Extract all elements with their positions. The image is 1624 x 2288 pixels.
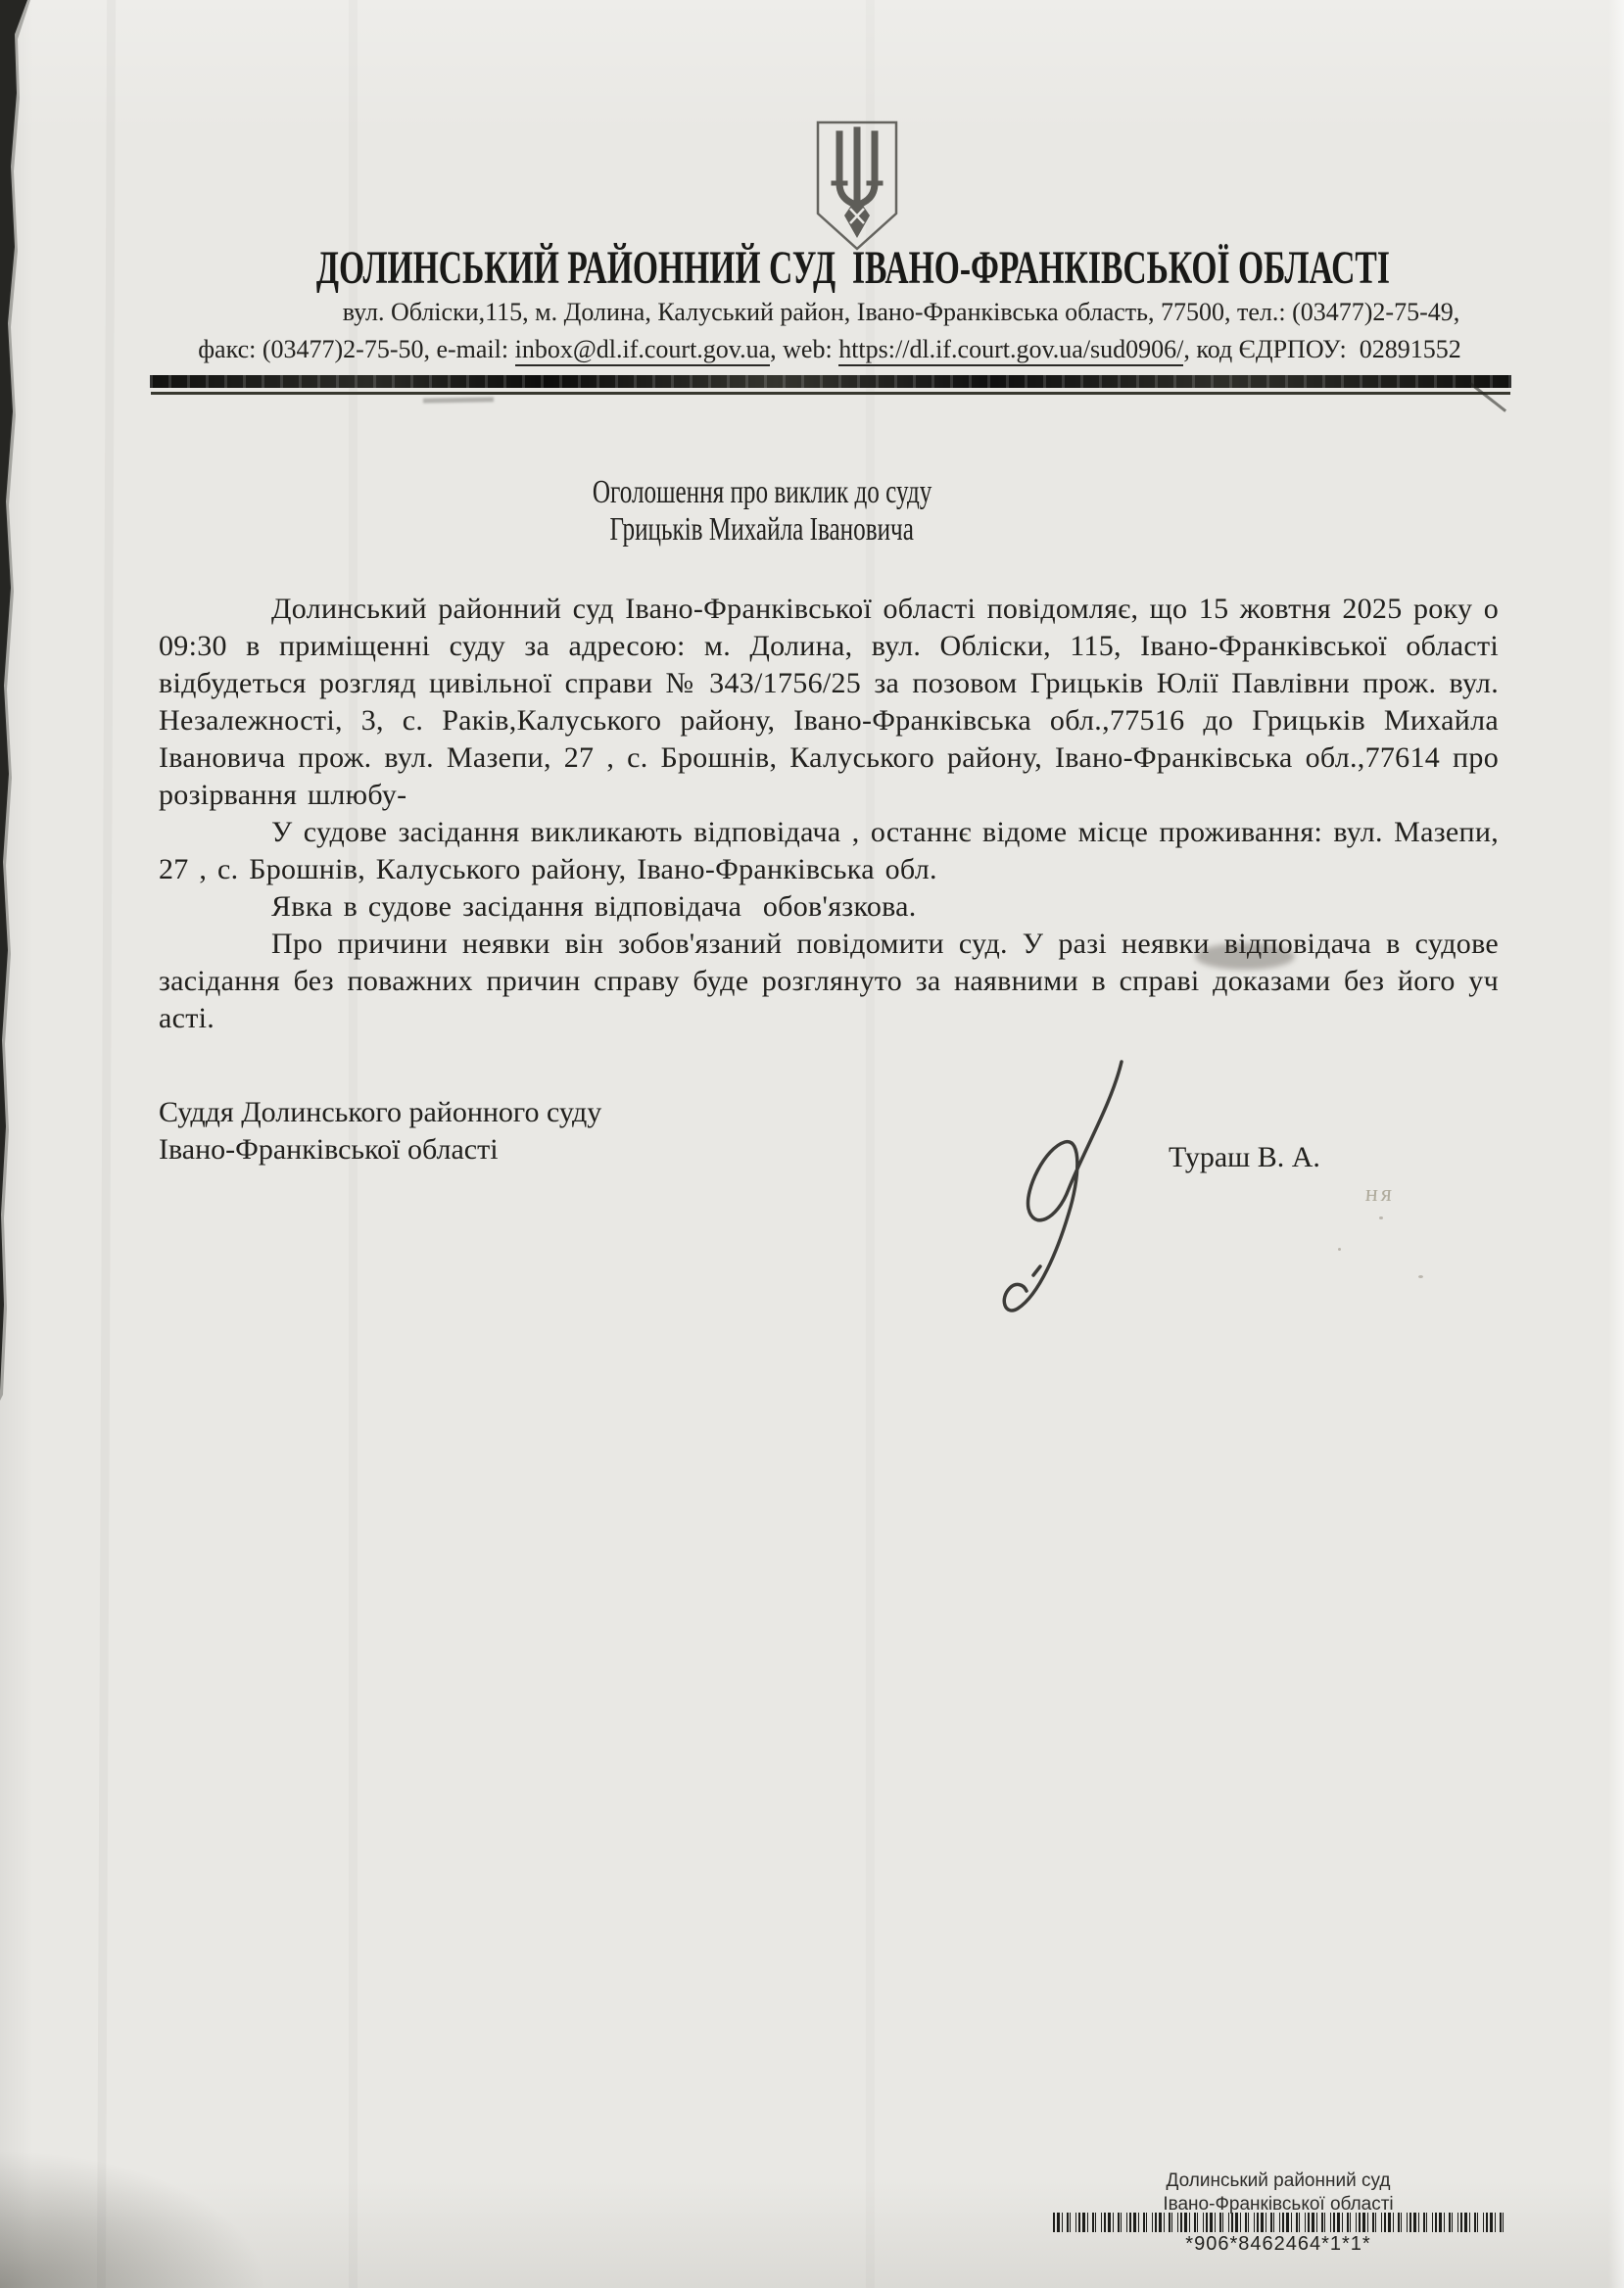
scan-corner-shadow bbox=[0, 2141, 284, 2288]
email-link[interactable]: inbox@dl.if.court.gov.ua bbox=[515, 335, 771, 366]
footer-court-line-1: Долинський районний суд bbox=[984, 2169, 1572, 2193]
court-contact-line: факс: (03477)2-75-50, e-mail: inbox@dl.i… bbox=[39, 331, 1620, 368]
footer-court-stamp: Долинський районний суд Івано-Франківськ… bbox=[984, 2169, 1572, 2256]
fax-label: факс: (03477)2-75-50, e-mail: bbox=[198, 335, 514, 363]
judge-role-line-2: Івано-Франківської області bbox=[159, 1131, 601, 1168]
header-divider-rule bbox=[150, 375, 1511, 388]
judge-handwritten-signature bbox=[965, 1054, 1161, 1343]
scan-speck bbox=[1379, 1216, 1383, 1219]
title-line-2: Грицьків Михайла Івановича bbox=[0, 511, 1524, 548]
court-name-text: ДОЛИНСЬКИЙ РАЙОННИЙ СУД ІВАНО-ФРАНКІВСЬК… bbox=[316, 242, 1390, 295]
barcode-text: *906*8462464*1*1* bbox=[984, 2232, 1572, 2256]
judge-role-line-1: Суддя Долинського районного суду bbox=[159, 1094, 601, 1131]
scan-ink-smear bbox=[423, 397, 494, 403]
paragraph-attendance-mandatory: Явка в судове засідання відповідача обов… bbox=[159, 888, 1499, 926]
paragraph-absence-warning: Про причини неявки він зобов'язаний пові… bbox=[159, 926, 1499, 1037]
edrpou-code: , код ЄДРПОУ: 02891552 bbox=[1183, 335, 1460, 363]
judge-role-block: Суддя Долинського районного суду Івано-Ф… bbox=[159, 1094, 601, 1168]
scan-faint-text-artifact: ня bbox=[1364, 1181, 1396, 1208]
scan-speck bbox=[1418, 1275, 1423, 1278]
scanned-court-document: ДОЛИНСЬКИЙ РАЙОННИЙ СУД ІВАНО-ФРАНКІВСЬК… bbox=[0, 0, 1624, 2288]
title-line-1: Оголошення про виклик до суду bbox=[0, 474, 1524, 511]
scan-edge-artifact bbox=[0, 0, 33, 1440]
paragraph-hearing-announcement: Долинський районний суд Івано-Франківськ… bbox=[159, 591, 1499, 814]
paragraph-summons: У судове засідання викликають відповідач… bbox=[159, 814, 1499, 888]
court-name-heading: ДОЛИНСЬКИЙ РАЙОННИЙ СУД ІВАНО-ФРАНКІВСЬК… bbox=[82, 242, 1624, 295]
web-label: , web: bbox=[770, 335, 838, 363]
document-body: Долинський районний суд Івано-Франківськ… bbox=[159, 591, 1499, 1037]
court-address-line: вул. Обліски,115, м. Долина, Калуський р… bbox=[178, 294, 1624, 331]
judge-name: Тураш В. А. bbox=[1169, 1139, 1320, 1176]
header-divider-thin-rule bbox=[151, 392, 1510, 395]
scan-smudge bbox=[1195, 943, 1295, 970]
document-title: Оголошення про виклик до суду Грицьків М… bbox=[0, 474, 1524, 548]
website-link[interactable]: https://dl.if.court.gov.ua/sud0906/ bbox=[838, 335, 1183, 366]
ukraine-trident-emblem bbox=[811, 119, 903, 254]
scan-speck bbox=[1338, 1248, 1341, 1251]
